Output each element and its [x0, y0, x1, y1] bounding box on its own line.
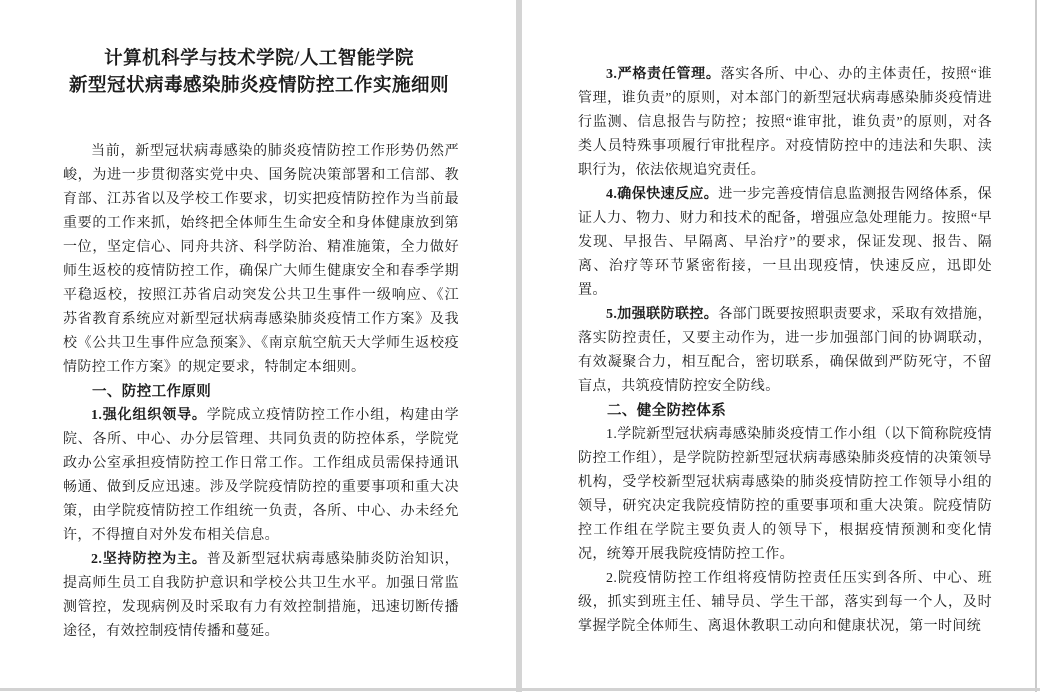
page-right-edge — [1035, 0, 1037, 692]
item-1-paragraph: 1.强化组织领导。学院成立疫情防控工作小组，构建由学院、各所、中心、办分层管理、… — [63, 404, 459, 548]
section-2-paragraph-2: 2.院疫情防控工作组将疫情防控责任压实到各所、中心、班级，抓实到班主任、辅导员、… — [578, 567, 992, 639]
item-1-lead: 1.强化组织领导。 — [91, 408, 207, 423]
page-1: 计算机科学与技术学院/人工智能学院 新型冠状病毒感染肺炎疫情防控工作实施细则 当… — [0, 0, 516, 688]
page-1-body: 当前，新型冠状病毒感染的肺炎疫情防控工作形势仍然严峻，为进一步贯彻落实党中央、国… — [63, 140, 459, 644]
item-2-paragraph: 2.坚持防控为主。普及新型冠状病毒感染肺炎防治知识，提高师生员工自我防护意识和学… — [63, 548, 459, 644]
section-1-heading: 一、防控工作原则 — [63, 380, 459, 404]
document-title: 计算机科学与技术学院/人工智能学院 新型冠状病毒感染肺炎疫情防控工作实施细则 — [60, 46, 458, 99]
section-2-heading: 二、健全防控体系 — [578, 399, 992, 423]
item-3-text: 落实各所、中心、办的主体责任，按照“谁管理，谁负责”的原则，对本部门的新型冠状病… — [578, 67, 992, 178]
page-bottom-edge — [0, 688, 1040, 691]
item-1-text: 学院成立疫情防控工作小组，构建由学院、各所、中心、办分层管理、共同负责的防控体系… — [63, 408, 459, 543]
section-2-paragraph-2-text: 2.院疫情防控工作组将疫情防控责任压实到各所、中心、班级，抓实到班主任、辅导员、… — [578, 571, 992, 634]
item-4-paragraph: 4.确保快速反应。进一步完善疫情信息监测报告网络体系，保证人力、物力、财力和技术… — [578, 183, 992, 303]
item-5-lead: 5.加强联防联控。 — [606, 307, 718, 322]
title-line-2: 新型冠状病毒感染肺炎疫情防控工作实施细则 — [60, 73, 458, 100]
item-2-lead: 2.坚持防控为主。 — [91, 552, 207, 567]
item-5-paragraph: 5.加强联防联控。各部门既要按照职责要求，采取有效措施，落实防控责任，又要主动作… — [578, 303, 992, 399]
section-2-paragraph-1: 1.学院新型冠状病毒感染肺炎疫情工作小组（以下简称院疫情防控工作组），是学院防控… — [578, 423, 992, 567]
intro-paragraph: 当前，新型冠状病毒感染的肺炎疫情防控工作形势仍然严峻，为进一步贯彻落实党中央、国… — [63, 140, 459, 380]
item-3-paragraph: 3.严格责任管理。落实各所、中心、办的主体责任，按照“谁管理，谁负责”的原则，对… — [578, 63, 992, 183]
intro-text: 当前，新型冠状病毒感染的肺炎疫情防控工作形势仍然严峻，为进一步贯彻落实党中央、国… — [63, 144, 459, 375]
title-line-1: 计算机科学与技术学院/人工智能学院 — [60, 46, 458, 73]
item-4-text: 进一步完善疫情信息监测报告网络体系，保证人力、物力、财力和技术的配备，增强应急处… — [578, 187, 992, 298]
document-viewer: 计算机科学与技术学院/人工智能学院 新型冠状病毒感染肺炎疫情防控工作实施细则 当… — [0, 0, 1040, 692]
page-2: 3.严格责任管理。落实各所、中心、办的主体责任，按照“谁管理，谁负责”的原则，对… — [522, 0, 1035, 688]
section-2-paragraph-1-text: 1.学院新型冠状病毒感染肺炎疫情工作小组（以下简称院疫情防控工作组），是学院防控… — [578, 427, 992, 562]
page-2-body: 3.严格责任管理。落实各所、中心、办的主体责任，按照“谁管理，谁负责”的原则，对… — [578, 63, 992, 639]
item-4-lead: 4.确保快速反应。 — [606, 187, 718, 202]
item-3-lead: 3.严格责任管理。 — [606, 67, 721, 82]
